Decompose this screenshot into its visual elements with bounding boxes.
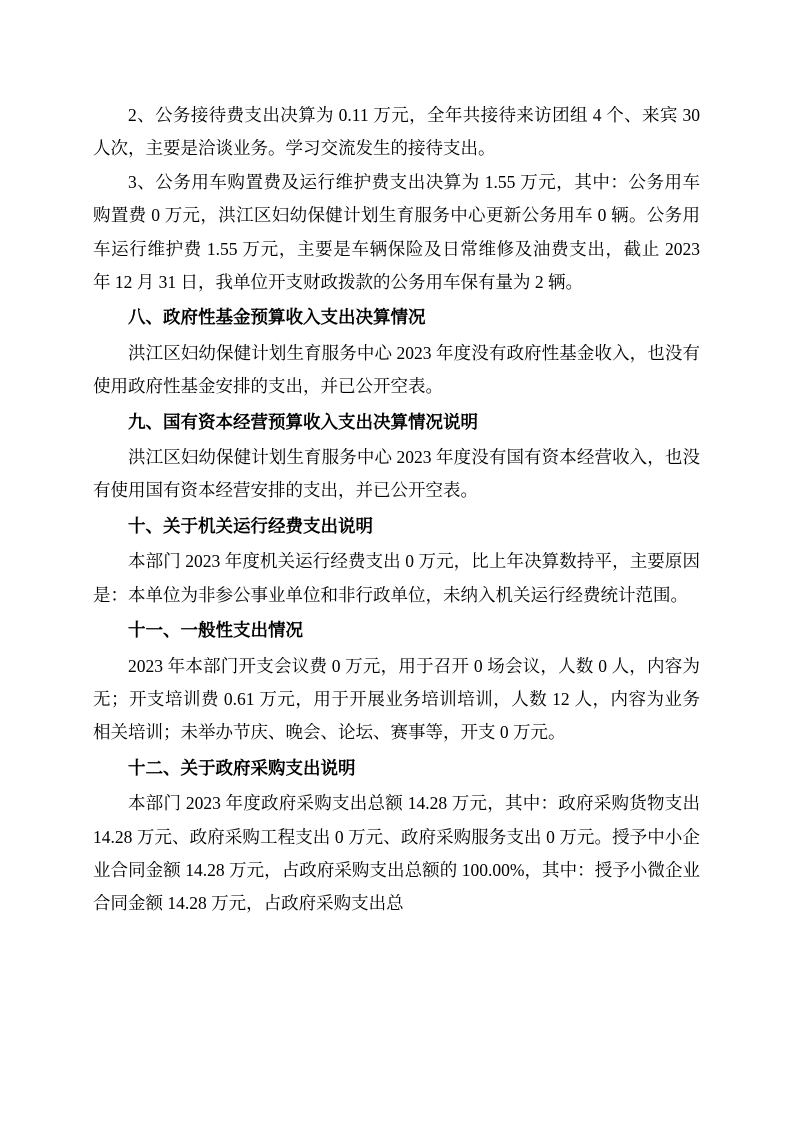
paragraph-state-capital-detail: 洪江区妇幼保健计划生育服务中心 2023 年度没有国有资本经营收入，也没有使用国… — [93, 441, 700, 508]
document-content: 2、公务接待费支出决算为 0.11 万元，全年共接待来访团组 4 个、来宾 30… — [93, 99, 700, 921]
document-page: 2、公务接待费支出决算为 0.11 万元，全年共接待来访团组 4 个、来宾 30… — [0, 0, 793, 1122]
paragraph-official-reception-expense: 2、公务接待费支出决算为 0.11 万元，全年共接待来访团组 4 个、来宾 30… — [93, 99, 700, 166]
heading-section-11-general-expense: 十一、一般性支出情况 — [93, 614, 700, 647]
paragraph-government-funds-detail: 洪江区妇幼保健计划生育服务中心 2023 年度没有政府性基金收入，也没有使用政府… — [93, 337, 700, 404]
paragraph-operating-expense-detail: 本部门 2023 年度机关运行经费支出 0 万元，比上年决算数持平，主要原因是：… — [93, 545, 700, 612]
heading-section-10-operating-expense: 十、关于机关运行经费支出说明 — [93, 510, 700, 543]
heading-section-12-government-procurement: 十二、关于政府采购支出说明 — [93, 752, 700, 785]
heading-section-9-state-capital: 九、国有资本经营预算收入支出决算情况说明 — [93, 406, 700, 439]
paragraph-government-procurement-detail: 本部门 2023 年度政府采购支出总额 14.28 万元，其中：政府采购货物支出… — [93, 787, 700, 921]
heading-section-8-government-funds: 八、政府性基金预算收入支出决算情况 — [93, 301, 700, 334]
paragraph-general-expense-detail: 2023 年本部门开支会议费 0 万元，用于召开 0 场会议，人数 0 人，内容… — [93, 650, 700, 750]
paragraph-official-vehicle-expense: 3、公务用车购置费及运行维护费支出决算为 1.55 万元，其中：公务用车购置费 … — [93, 166, 700, 300]
